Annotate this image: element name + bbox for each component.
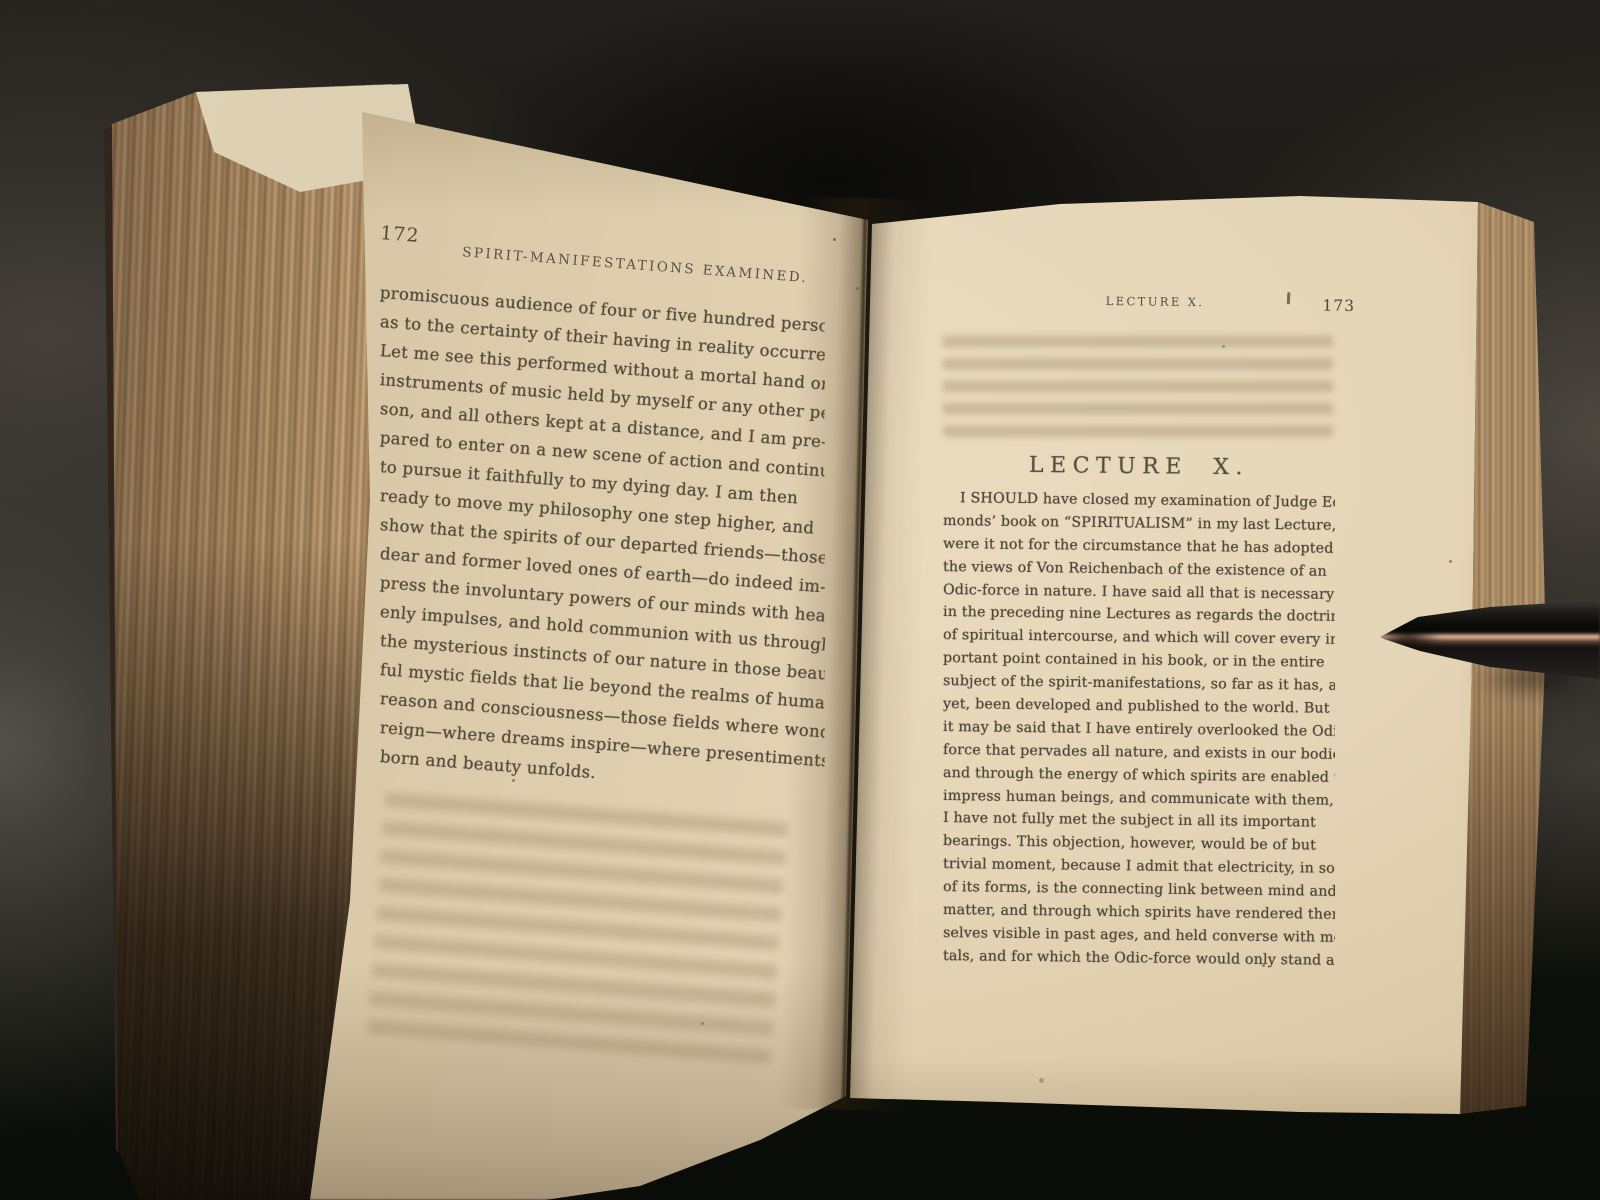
right-running-head: LECTURE X. 173 (943, 292, 1335, 319)
page-number: 172 (379, 222, 420, 247)
left-page-text: promiscuous audience of four or five hun… (380, 278, 826, 771)
page-number: 173 (1322, 297, 1355, 315)
paper-speckles (0, 0, 3, 3)
bleed-through-text (943, 330, 1333, 442)
chapter-title: LECTURE X. (943, 452, 1335, 481)
book-photo: 172 SPIRIT-MANIFESTATIONS EXAMINED. prom… (0, 0, 1600, 1200)
right-page-content: LECTURE X. 173 LECTURE X. I SHOULD have … (943, 292, 1335, 968)
left-running-head: 172 SPIRIT-MANIFESTATIONS EXAMINED. (379, 222, 826, 285)
right-page-text: I SHOULD have closed my examination of J… (943, 487, 1335, 968)
text-line: tals, and for which the Odic-force would… (943, 945, 1335, 973)
running-head-title: LECTURE X. (959, 292, 1351, 311)
ink-mark (1286, 292, 1289, 304)
bleed-through-text (366, 785, 789, 1077)
left-page-content: 172 SPIRIT-MANIFESTATIONS EXAMINED. prom… (380, 222, 826, 1047)
